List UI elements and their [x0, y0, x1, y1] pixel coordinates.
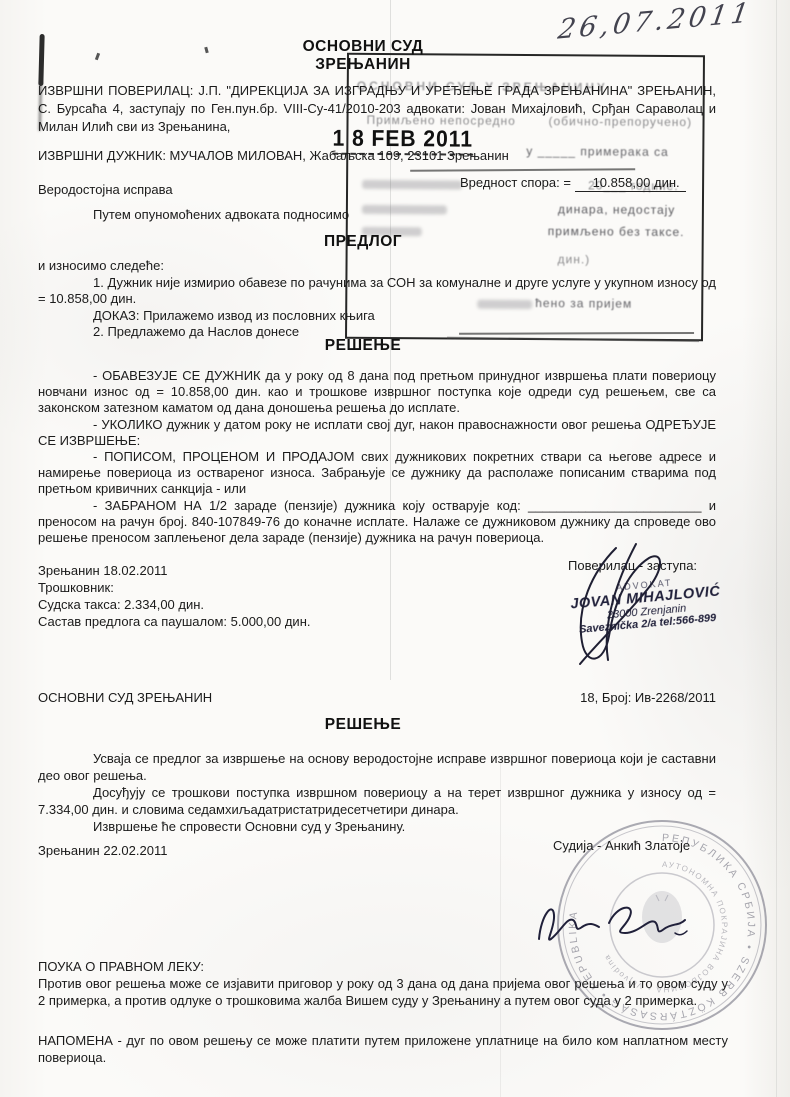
stamp-smudge — [362, 180, 462, 190]
drafting-fee-line: Састав предлога са паушалом: 5.000,00 ди… — [38, 613, 310, 630]
judge-label: Судија - Анкић Златоје — [553, 838, 690, 855]
court-title-line2: ЗРЕЊАНИН — [38, 56, 688, 74]
resolution-heading-2: РЕШЕЊЕ — [38, 716, 688, 734]
resolution1-body: - ОБАВЕЗУЈЕ СЕ ДУЖНИК да у року од 8 дан… — [38, 368, 716, 546]
resolution2-body: Усваја се предлог за извршење на основу … — [38, 750, 716, 835]
court-name-2: ОСНОВНИ СУД ЗРЕЊАНИН — [38, 690, 212, 707]
judge-signature — [533, 893, 693, 953]
place-date-2: Зрењанин 22.02.2011 — [38, 843, 167, 860]
basis-line: Веродостојна исправа — [38, 182, 173, 199]
debtor-line: ИЗВРШНИ ДУЖНИК: МУЧАЛОВ МИЛОВАН, Жабаљск… — [38, 148, 509, 165]
proposal-item-1: 1. Дужник није измирио обавезе по рачуни… — [38, 275, 716, 308]
resolution1-para-3: - ПОПИСОМ, ПРОЦЕНОМ И ПРОДАЈОМ свих дужн… — [38, 449, 716, 498]
court-fee-line: Судска такса: 2.334,00 дин. — [38, 596, 310, 613]
case-number: 18, Број: Ив-2268/2011 — [580, 690, 716, 707]
lawyer-stamp: ADVOKAT JOVAN MIHAJLOVIĆ 23000 Zrenjanin… — [554, 572, 738, 637]
costs-block: Зрењанин 18.02.2011 Трошковник: Судска т… — [38, 562, 310, 630]
place-date-1: Зрењанин 18.02.2011 — [38, 562, 310, 579]
resolution2-para-1: Усваја се предлог за извршење на основу … — [38, 750, 716, 784]
legal-remedy: ПОУКА О ПРАВНОМ ЛЕКУ: Против овог решења… — [38, 958, 728, 1009]
stamp-copies-line: у _____ примерака са — [526, 144, 668, 159]
costs-title: Трошковник: — [38, 579, 310, 596]
proposal-heading: ПРЕДЛОГ — [38, 233, 688, 251]
resolution2-header: ОСНОВНИ СУД ЗРЕЊАНИН 18, Број: Ив-2268/2… — [38, 690, 716, 707]
legal-remedy-title: ПОУКА О ПРАВНОМ ЛЕКУ: — [38, 958, 728, 975]
value-of-dispute: Вредност спора: = 10.858,00 дин. — [460, 175, 686, 190]
creditor-paragraph: ИЗВРШНИ ПОВЕРИЛАЦ: Ј.П. "ДИРЕКЦИЈА ЗА ИЗ… — [38, 82, 716, 136]
proposal-evidence: ДОКАЗ: Прилажемо извод из пословних књиг… — [38, 308, 716, 325]
resolution-heading-1: РЕШЕЊЕ — [38, 337, 688, 355]
legal-remedy-body: Против овог решења може се изјавити приг… — [38, 975, 728, 1009]
proposal-intro: Путем опуномоћених адвоката подносимо — [38, 207, 716, 224]
scanned-court-document: { "page": { "handwritten_date": "26,07.2… — [0, 0, 790, 1097]
note-paragraph: НАПОМЕНА - дуг по овом решењу се може пл… — [38, 1032, 728, 1066]
resolution2-para-2: Досуђују се трошкови поступка извршном п… — [38, 784, 716, 818]
court-title: ОСНОВНИ СУД ЗРЕЊАНИН — [38, 38, 688, 74]
page-edge-line — [776, 0, 777, 1097]
proposal-lead: и износимо следеће: — [38, 258, 716, 275]
resolution2-para-3: Извршење ће спровести Основни суд у Зрењ… — [38, 818, 716, 835]
resolution1-para-2: - УКОЛИКО дужник у датом року не исплати… — [38, 417, 716, 449]
proposal-body: и износимо следеће: 1. Дужник није измир… — [38, 258, 716, 341]
resolution1-para-1: - ОБАВЕЗУЈЕ СЕ ДУЖНИК да у року од 8 дан… — [38, 368, 716, 417]
court-title-line1: ОСНОВНИ СУД — [38, 38, 688, 56]
stamp-strike-line — [410, 168, 635, 172]
resolution1-para-4: - ЗАБРАНОМ НА 1/2 зараде (пензије) дужни… — [38, 498, 716, 547]
value-label: Вредност спора: = — [460, 175, 571, 190]
creditor-rep-label: Поверилац - заступа: — [568, 558, 697, 575]
value-amount: 10.858,00 дин. — [575, 175, 686, 192]
